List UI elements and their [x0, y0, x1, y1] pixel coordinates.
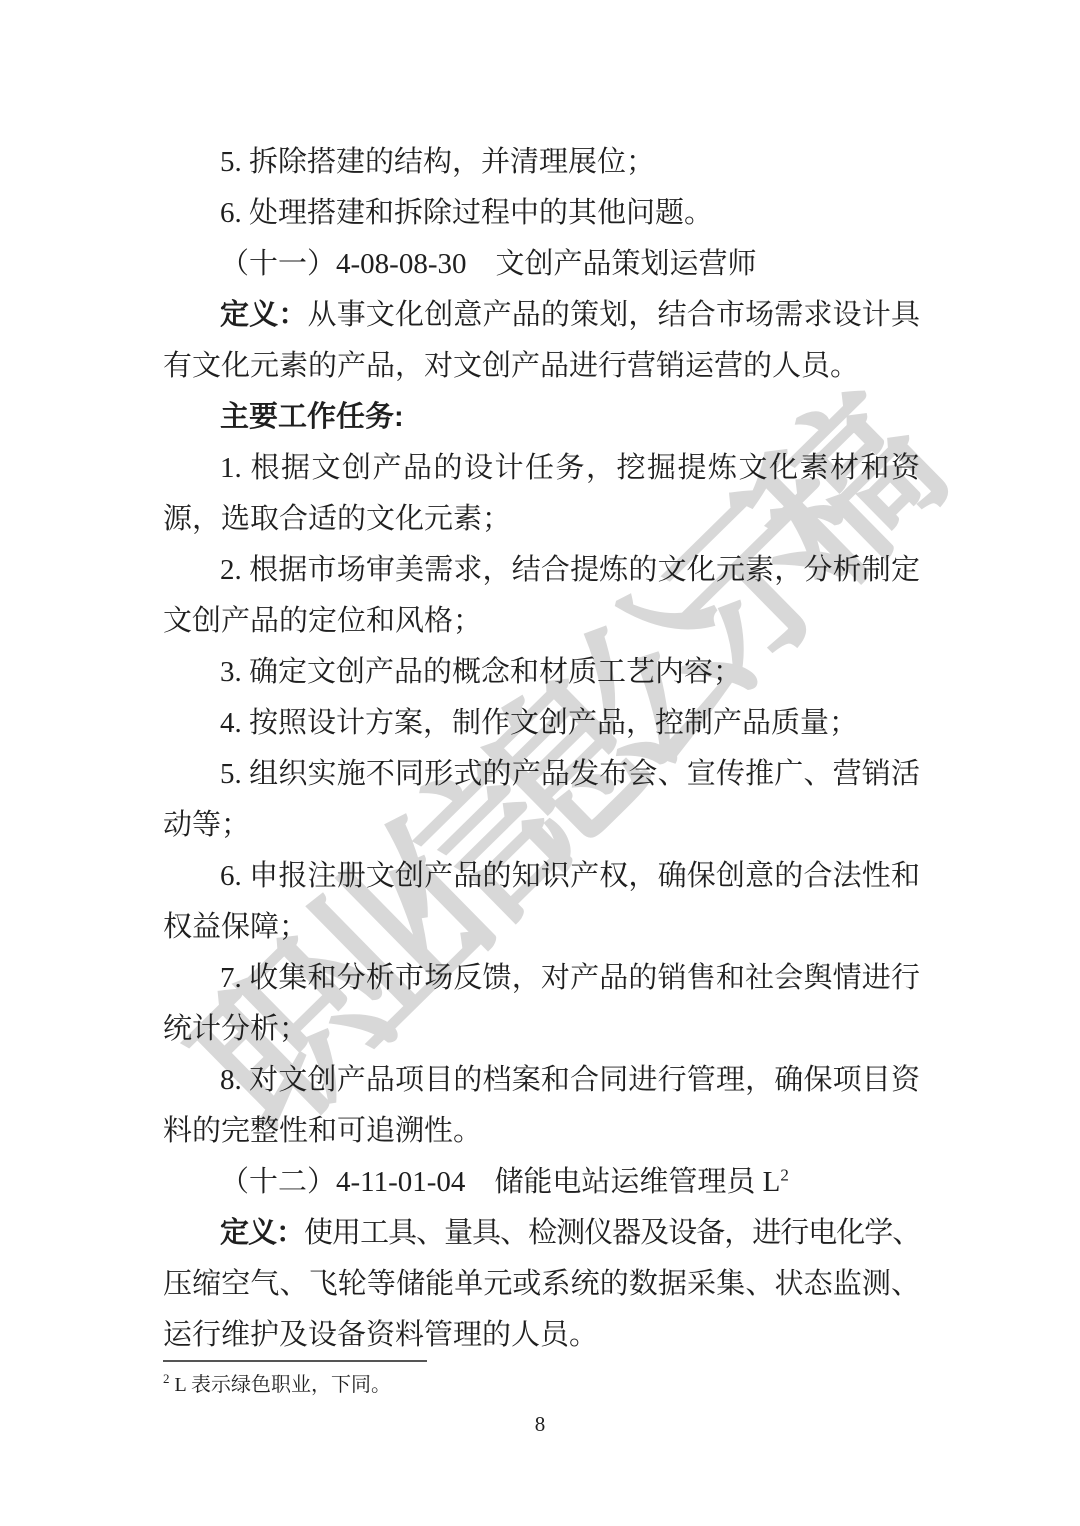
text-segment: （十一）4-08-08-30 文创产品策划运营师: [220, 248, 756, 280]
text-line: 统计分析；: [163, 1004, 920, 1055]
footnote: 2L 表示绿色职业，下同。: [163, 1370, 863, 1400]
text-line: 定义：从事文化创意产品的策划，结合市场需求设计具: [163, 290, 920, 341]
text-segment: 文创产品的定位和风格；: [163, 605, 482, 637]
text-segment: 5. 组织实施不同形式的产品发布会、宣传推广、营销活: [220, 758, 920, 790]
text-line: 有文化元素的产品，对文创产品进行营销运营的人员。: [163, 341, 920, 392]
text-line: 料的完整性和可追溯性。: [163, 1106, 920, 1157]
text-segment: 压缩空气、飞轮等储能单元或系统的数据采集、状态监测、: [163, 1268, 920, 1300]
page-number: 8: [0, 1412, 1080, 1437]
label-bold: 定义：: [220, 299, 308, 331]
text-segment: 2. 根据市场审美需求，结合提炼的文化元素，分析制定: [220, 554, 920, 586]
text-line: 权益保障；: [163, 902, 920, 953]
text-segment: 7. 收集和分析市场反馈，对产品的销售和社会舆情进行: [220, 962, 920, 994]
label-bold: 定义：: [220, 1217, 304, 1249]
text-line: 压缩空气、飞轮等储能单元或系统的数据采集、状态监测、: [163, 1259, 920, 1310]
text-line: 7. 收集和分析市场反馈，对产品的销售和社会舆情进行: [163, 953, 920, 1004]
text-segment: （十二）4-11-01-04 储能电站运维管理员 L: [220, 1166, 780, 1198]
text-line: 2. 根据市场审美需求，结合提炼的文化元素，分析制定: [163, 545, 920, 596]
text-segment: 有文化元素的产品，对文创产品进行营销运营的人员。: [163, 350, 859, 382]
text-line: 1. 根据文创产品的设计任务，挖掘提炼文化素材和资: [163, 443, 920, 494]
text-line: （十二）4-11-01-04 储能电站运维管理员 L2: [163, 1157, 920, 1208]
footnote-text: L 表示绿色职业，下同。: [175, 1374, 391, 1396]
text-line: 运行维护及设备资料管理的人员。: [163, 1310, 920, 1361]
text-segment: 3. 确定文创产品的概念和材质工艺内容；: [220, 656, 742, 688]
label-bold: 主要工作任务:: [220, 401, 404, 433]
footnote-marker: 2: [163, 1371, 170, 1386]
text-segment: 运行维护及设备资料管理的人员。: [163, 1319, 598, 1351]
text-line: 源，选取合适的文化元素；: [163, 494, 920, 545]
text-line: 4. 按照设计方案，制作文创产品，控制产品质量；: [163, 698, 920, 749]
text-segment: 使用工具、量具、检测仪器及设备，进行电化学、: [304, 1217, 920, 1249]
text-segment: 6. 处理搭建和拆除过程中的其他问题。: [220, 197, 713, 229]
text-line: 6. 处理搭建和拆除过程中的其他问题。: [163, 188, 920, 239]
text-line: 文创产品的定位和风格；: [163, 596, 920, 647]
text-segment: 动等；: [163, 809, 250, 841]
text-segment: 从事文化创意产品的策划，结合市场需求设计具: [308, 299, 920, 331]
text-segment: 6. 申报注册文创产品的知识产权，确保创意的合法性和: [220, 860, 920, 892]
text-segment: 4. 按照设计方案，制作文创产品，控制产品质量；: [220, 707, 858, 739]
text-line: 5. 组织实施不同形式的产品发布会、宣传推广、营销活: [163, 749, 920, 800]
footnote-divider: [163, 1360, 427, 1362]
text-line: 定义：使用工具、量具、检测仪器及设备，进行电化学、: [163, 1208, 920, 1259]
text-segment: 源，选取合适的文化元素；: [163, 503, 511, 535]
text-segment: 5. 拆除搭建的结构，并清理展位；: [220, 146, 655, 178]
text-line: 6. 申报注册文创产品的知识产权，确保创意的合法性和: [163, 851, 920, 902]
text-line: （十一）4-08-08-30 文创产品策划运营师: [163, 239, 920, 290]
text-line: 8. 对文创产品项目的档案和合同进行管理，确保项目资: [163, 1055, 920, 1106]
document-body: 5. 拆除搭建的结构，并清理展位；6. 处理搭建和拆除过程中的其他问题。（十一）…: [163, 137, 920, 1361]
text-segment: 8. 对文创产品项目的档案和合同进行管理，确保项目资: [220, 1064, 920, 1096]
text-line: 动等；: [163, 800, 920, 851]
text-segment: 权益保障；: [163, 911, 308, 943]
text-segment: 统计分析；: [163, 1013, 308, 1045]
document-page: 职业信息公示稿 5. 拆除搭建的结构，并清理展位；6. 处理搭建和拆除过程中的其…: [0, 0, 1080, 1526]
text-line: 5. 拆除搭建的结构，并清理展位；: [163, 137, 920, 188]
text-line: 3. 确定文创产品的概念和材质工艺内容；: [163, 647, 920, 698]
text-segment: 料的完整性和可追溯性。: [163, 1115, 482, 1147]
text-line: 主要工作任务:: [163, 392, 920, 443]
text-segment: 1. 根据文创产品的设计任务，挖掘提炼文化素材和资: [220, 452, 920, 484]
superscript: 2: [780, 1165, 789, 1184]
